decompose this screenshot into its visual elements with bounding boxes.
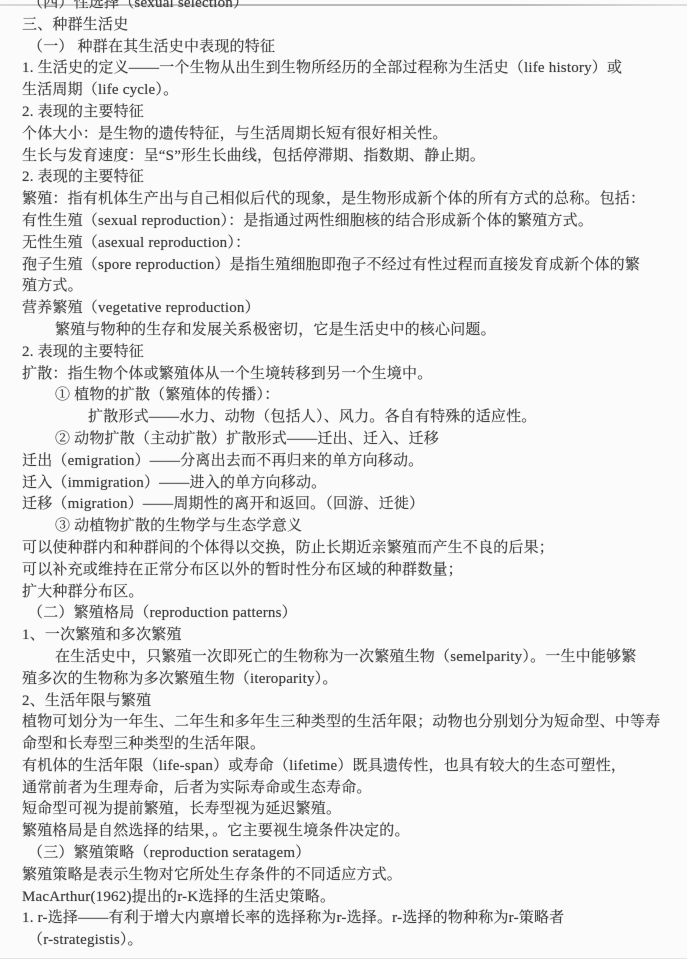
text-line: 繁殖与物种的生存和发展关系极密切，它是生活史中的核心问题。 <box>22 320 677 342</box>
text-line: 无性生殖（asexual reproduction）： <box>22 233 677 255</box>
text-line: （三）繁殖策略（reproduction seratagem） <box>22 843 677 865</box>
text-line: 在生活史中，只繁殖一次即死亡的生物称为一次繁殖生物（semelparity）。一… <box>22 647 677 669</box>
text-line: 殖方式。 <box>22 276 677 298</box>
text-line: 2. 表现的主要特征 <box>22 167 677 189</box>
text-line: 扩散：指生物个体或繁殖体从一个生境转移到另一个生境中。 <box>22 364 677 386</box>
text-line: 可以补充或维持在正常分布区以外的暂时性分布区域的种群数量； <box>22 560 677 582</box>
text-line: 植物可划分为一年生、二年生和多年生三种类型的生活年限；动物也分别划分为短命型、中… <box>22 712 677 734</box>
text-line: 1. 生活史的定义——一个生物从出生到生物所经历的全部过程称为生活史（life … <box>22 58 677 80</box>
text-line: ① 植物的扩散（繁殖体的传播）： <box>22 385 677 407</box>
text-line: 个体大小：是生物的遗传特征，与生活周期长短有很好相关性。 <box>22 124 677 146</box>
text-line: 繁殖：指有机体生产出与自己相似后代的现象，是生物形成新个体的所有方式的总称。包括… <box>22 189 677 211</box>
text-line: 扩散形式——水力、动物（包括人）、风力。各自有特殊的适应性。 <box>22 407 677 429</box>
text-line: 通常前者为生理寿命，后者为实际寿命或生态寿命。 <box>22 778 677 800</box>
text-line: 营养繁殖（vegetative reproduction） <box>22 298 677 320</box>
text-line: 有性生殖（sexual reproduction）：是指通过两性细胞核的结合形成… <box>22 211 677 233</box>
text-line: 扩大种群分布区。 <box>22 582 677 604</box>
text-line: ③ 动植物扩散的生物学与生态学意义 <box>22 516 677 538</box>
text-line: （一） 种群在其生活史中表现的特征 <box>22 37 677 59</box>
text-line: 生活周期（life cycle）。 <box>22 80 677 102</box>
text-line: 殖多次的生物称为多次繁殖生物（iteroparity）。 <box>22 669 677 691</box>
text-line: 繁殖策略是表示生物对它所处生存条件的不同适应方式。 <box>22 865 677 887</box>
text-line: 三、种群生活史 <box>22 15 677 37</box>
text-line: 迁入（immigration）——进入的单方向移动。 <box>22 473 677 495</box>
text-line: 繁殖格局是自然选择的结果，。它主要视生境条件决定的。 <box>22 821 677 843</box>
text-line: 2. 表现的主要特征 <box>22 342 677 364</box>
text-line: 1. r-选择——有利于增大内禀增长率的选择称为r-选择。r-选择的物种称为r-… <box>22 908 677 930</box>
text-line: 2. 表现的主要特征 <box>22 102 677 124</box>
text-line: 2、生活年限与繁殖 <box>22 691 677 713</box>
text-line: 有机体的生活年限（life-span）或寿命（lifetime）既具遗传性，也具… <box>22 756 677 778</box>
text-line: （二）繁殖格局（reproduction patterns） <box>22 603 677 625</box>
text-line: 1、一次繁殖和多次繁殖 <box>22 625 677 647</box>
text-line: 迁出（emigration）——分离出去而不再归来的单方向移动。 <box>22 451 677 473</box>
page-bottom-edge <box>0 958 687 969</box>
text-line: 孢子生殖（spore reproduction）是指生殖细胞即孢子不经过有性过程… <box>22 255 677 277</box>
text-line: MacArthur(1962)提出的r-K选择的生活史策略。 <box>22 887 677 909</box>
text-line: 迁移（migration）——周期性的离开和返回。（回游、迁徙） <box>22 494 677 516</box>
text-line: 可以使种群内和种群间的个体得以交换，防止长期近亲繁殖而产生不良的后果； <box>22 538 677 560</box>
text-line: （四）性选择（sexual selection） <box>22 0 677 15</box>
text-line: 命型和长寿型三种类型的生活年限。 <box>22 734 677 756</box>
document-body: （四）性选择（sexual selection）三、种群生活史（一） 种群在其生… <box>22 0 677 952</box>
text-line: ② 动物扩散（主动扩散）扩散形式——迁出、迁入、迁移 <box>22 429 677 451</box>
scanned-document-page: （四）性选择（sexual selection）三、种群生活史（一） 种群在其生… <box>0 0 687 969</box>
text-line: （r-strategistis）。 <box>22 930 677 952</box>
text-line: 生长与发育速度：呈“S”形生长曲线，包括停滞期、指数期、静止期。 <box>22 146 677 168</box>
text-line: 短命型可视为提前繁殖，长寿型视为延迟繁殖。 <box>22 799 677 821</box>
